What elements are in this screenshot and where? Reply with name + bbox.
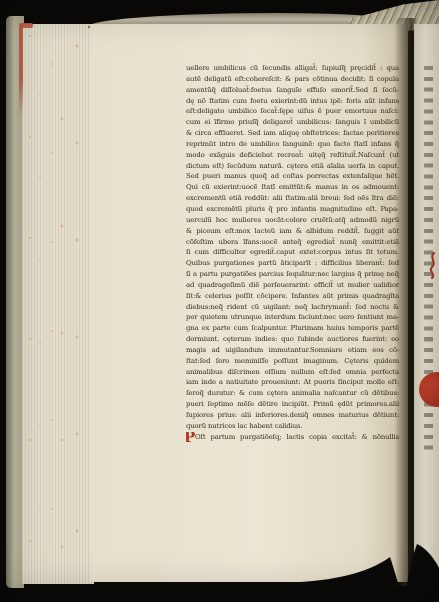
text-line-22: ſit:& celerius poſſit cõcipere. Infantes… (186, 291, 399, 302)
text-line-30: iam inde a natiuitate proueniunt: At pue… (186, 377, 399, 388)
text-line-33: ſupiores prius: alii inferiores.deniq̃ o… (186, 410, 399, 421)
fore-edge-pages (22, 24, 94, 584)
bottom-shadow-shape (0, 540, 439, 602)
text-line-5: eſt:deligato umbilico ſecat̃:ſępe uiſus … (186, 106, 399, 117)
text-line-4: dę nõ ſtatim cum foetu exierint:dũ intus… (186, 96, 399, 107)
red-marginal-mark (427, 252, 439, 279)
text-lines: uellere umbilicus cũ ſecundis alligat̃: … (186, 63, 399, 432)
text-line-10: dictum eſt) ſecũdum naturã. cętera etiã … (186, 161, 399, 172)
text-line-9: modo exãguis deficiebat recreat̃: uitęq̃… (186, 150, 399, 161)
text-block: uellere umbilicus cũ ſecundis alligat̃: … (186, 63, 399, 443)
text-line-29: animalibus diſcrimen oſſium nullum eſt:ſ… (186, 367, 399, 378)
text-line-32: pueri ſeptimo mẽſe dẽtire incipiũt. Prim… (186, 399, 399, 410)
text-line-11: Sed pueri manus quoq̃ ad coſtas porrecta… (186, 171, 399, 182)
text-line-34: quorũ nutrices lac habent calidius. (186, 421, 399, 432)
text-line-8: reprimũt intro de umbilico ſanguinẽ: quo… (186, 139, 399, 150)
text-line-27: magis ad uigilandum immutantur.Somniare … (186, 345, 399, 356)
text-line-13: excrementũ etiã reddũt: alii ſtatim:alii… (186, 193, 399, 204)
text-line-24: per quietem utrunque interdum faciunt:ne… (186, 312, 399, 323)
text-line-2: autẽ deligatũ eſt:cohereſcit: & pars cõt… (186, 74, 399, 85)
text-line-18: ſi cum difficulter egredit̃.caput extet:… (186, 247, 399, 258)
paragraph-text: Oſt partum purgatiõeſq; lactis copia exc… (195, 433, 399, 441)
book-photo: uellere umbilicus cũ ſecundis alligat̃: … (0, 0, 439, 602)
text-line-12: Qui cũ exierint:uocẽ ſtatĩ emittũt:& man… (186, 182, 399, 193)
text-line-28: ſtat:ſed ſero meminiſſe poſſunt imaginum… (186, 356, 399, 367)
text-line-31: ſeroq̃ duratur: & cum cętera animalia na… (186, 388, 399, 399)
text-line-1: uellere umbilicus cũ ſecundis alligat̃: … (186, 63, 399, 74)
text-line-20: ſi a partu purgatiões parcius ſequãtur:n… (186, 269, 399, 280)
text-line-7: & circa efflueret. Sed iam aliquę obſtet… (186, 128, 399, 139)
text-line-16: & piceum eſt:mox lacteũ iam & albidum re… (186, 226, 399, 237)
text-line-19: Quibus purgationes partũ ãticiparĩt : di… (186, 258, 399, 269)
text-line-21: ad quadrageſimũ diẽ perſeuerarint: effic… (186, 280, 399, 291)
text-line-6: cum ei ĩfirmo priuſq̃ deligaret̃ umbilic… (186, 117, 399, 128)
text-line-3: amentũq̃ diſſoluat̃:foetus ſanguĩe effuſ… (186, 85, 399, 96)
text-line-17: cõfeſtim ubera ĩfans:uocẽ anteq̃ egredia… (186, 237, 399, 248)
text-line-25: gna ex parte cum ſcalpuntur. Plurimam hu… (186, 323, 399, 334)
text-line-26: dormiunt. cęterum indies: quo ſubinde au… (186, 334, 399, 345)
text-line-14: quod excremẽtũ pluris q̃ pro infantis ma… (186, 204, 399, 215)
red-edge-stain-side (19, 26, 23, 116)
rubric-initial-P: P (186, 432, 195, 442)
text-line-15: uerculũ hoc mulieres uocãt:colore cruẽtũ… (186, 215, 399, 226)
paragraph-line: POſt partum purgatiõeſq; lactis copia ex… (186, 432, 399, 443)
text-line-23: diebus:neq̃ rident cũ uigilant: neq̃ lac… (186, 302, 399, 313)
